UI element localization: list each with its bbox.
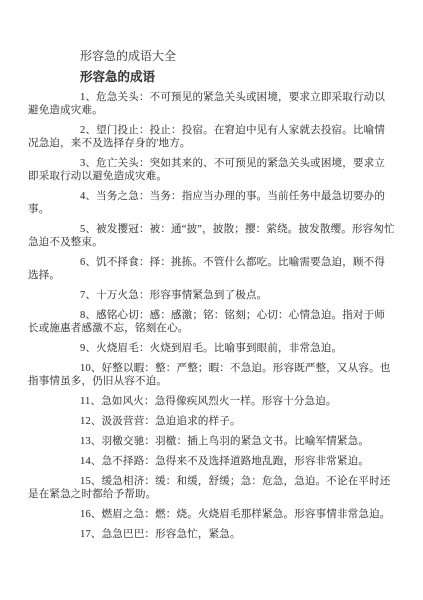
idiom-item: 2、望门投止：投止：投宿。在窘迫中见有人家就去投宿。比喻情况急迫，来不及选择存身… xyxy=(28,124,395,150)
idiom-item: 4、当务之急：当务：指应当办理的事。当前任务中最急切要办的事。 xyxy=(28,190,395,216)
section-heading: 形容急的成语 xyxy=(28,69,395,85)
idiom-item: 10、好整以暇：整：严整；暇：不急迫。形容既严整，又从容。也指事情虽多，仍旧从容… xyxy=(28,362,395,388)
idiom-item: 11、急如风火：急得像疾风烈火一样。形容十分急迫。 xyxy=(28,395,395,408)
page-title: 形容急的成语大全 xyxy=(28,49,395,64)
idiom-item: 17、急急巴巴：形容急忙，紧急。 xyxy=(28,528,395,541)
idiom-item: 9、火烧眉毛：火烧到眉毛。比喻事到眼前，非常急迫。 xyxy=(28,342,395,355)
idiom-list: 1、危急关头：不可预见的紧急关头或困境，要求立即采取行动以避免造成灾难。 2、望… xyxy=(28,91,395,541)
idiom-item: 16、燃眉之急：燃：烧。火烧眉毛那样紧急。形容事情非常急迫。 xyxy=(28,508,395,521)
idiom-item: 7、十万火急：形容事情紧急到了极点。 xyxy=(28,289,395,302)
idiom-item: 13、羽檄交驰：羽檄：插上鸟羽的紧急文书。比喻军情紧急。 xyxy=(28,435,395,448)
idiom-item: 12、汲汲营营：急迫追求的样子。 xyxy=(28,415,395,428)
idiom-item: 15、缓急相济：缓：和缓，舒缓；急：危急，急迫。不论在平时还是在紧急之时都给予帮… xyxy=(28,475,395,501)
idiom-item: 3、危亡关头：突如其来的、不可预见的紧急关头或困境，要求立即采取行动以避免造成灾… xyxy=(28,157,395,183)
idiom-item: 5、被发撄冠：被：通“披”，披散；撄：萦绕。披发散缨。形容匆忙急迫不及整束。 xyxy=(28,223,395,249)
idiom-item: 1、危急关头：不可预见的紧急关头或困境，要求立即采取行动以避免造成灾难。 xyxy=(28,91,395,117)
idiom-item: 14、急不择路：急得来不及选择道路地乱跑，形容非常紧迫。 xyxy=(28,455,395,468)
document-page: 形容急的成语大全 形容急的成语 1、危急关头：不可预见的紧急关头或困境，要求立即… xyxy=(0,0,423,600)
idiom-item: 8、感铭心切：感：感激；铭：铭刻；心切：心情急迫。指对于师长或施惠者感激不忘，铭… xyxy=(28,309,395,335)
idiom-item: 6、饥不择食：择：挑拣。不管什么都吃。比喻需要急迫，顾不得选择。 xyxy=(28,256,395,282)
